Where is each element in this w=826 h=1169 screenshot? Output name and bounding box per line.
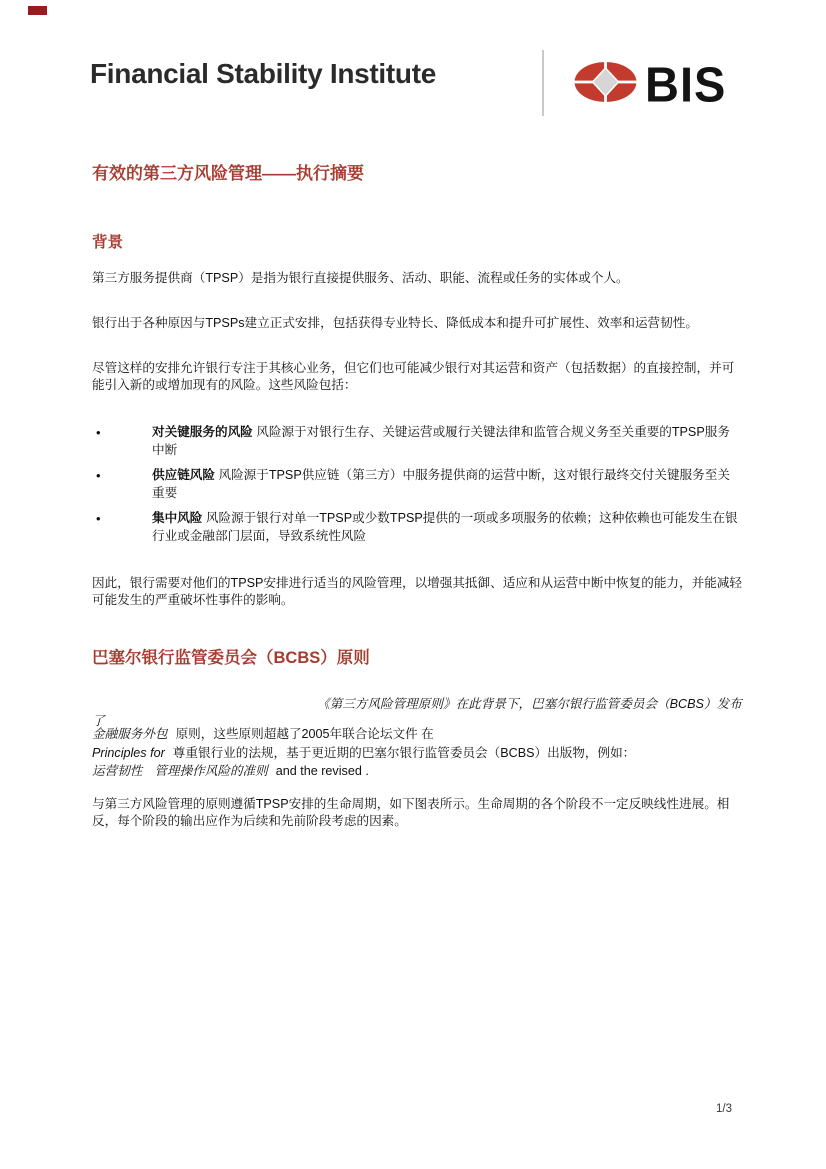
paragraph-tpsp-definition: 第三方服务提供商（TPSP）是指为银行直接提供服务、活动、职能、流程或任务的实体… [92,270,742,287]
bullet-concentration-risk: •集中风险 风险源于银行对单一TPSP或少数TPSP提供的一项或多项服务的依赖；… [92,510,742,545]
bcbs-line-1: 金融服务外包原则，这些原则超越了2005年联合论坛文件 在 [92,725,742,744]
bullet-term: 对关键服务的风险 [152,425,253,439]
paragraph-lifecycle: 与第三方风险管理的原则遵循TPSP安排的生命周期，如下图表所示。生命周期的各个阶… [92,796,742,830]
bullet-text: 风险源于银行对单一TPSP或少数TPSP提供的一项或多项服务的依赖；这种依赖也可… [152,511,738,543]
fsi-brand-title: Financial Stability Institute [90,58,436,90]
page-header: Financial Stability Institute BIS [0,50,826,120]
paragraph-risk-management-need: 因此，银行需要对他们的TPSP安排进行适当的风险管理，以增强其抵御、适应和从运营… [92,575,742,609]
bullet-critical-service-risk: •对关键服务的风险 风险源于对银行生存、关键运营或履行关键法律和监管合规义务至关… [92,424,742,459]
line1-text: 原则，这些原则超越了2005年联合论坛文件 在 [176,727,434,741]
bis-globe-icon [574,61,637,108]
header-divider [542,50,544,116]
page-number: 1/3 [716,1103,732,1115]
paragraph-risks-intro: 尽管这样的安排允许银行专注于其核心业务，但它们也可能减少银行对其运营和资产（包括… [92,360,742,394]
bullet-term: 供应链风险 [152,468,215,482]
line3-text: and the revised . [276,764,369,778]
italic-operational-risk-guidelines: 管理操作风险的准则 [154,764,267,778]
bcbs-line-3: 运营韧性管理操作风险的准则and the revised . [92,762,742,781]
document-title: 有效的第三方风险管理——执行摘要 [92,159,742,184]
italic-outsourcing: 金融服务外包 [92,727,168,741]
section-heading-bcbs: 巴塞尔银行监管委员会（BCBS）原则 [92,644,742,668]
corner-accent-mark [28,6,47,15]
italic-operational-resilience: 运营韧性 [92,764,142,778]
bcbs-line-2: Principles for尊重银行业的法规，基于更近期的巴塞尔银行监管委员会（… [92,744,742,763]
bullet-term: 集中风险 [152,511,202,525]
bullet-supply-chain-risk: •供应链风险 风险源于TPSP供应链（第三方）中服务提供商的运营中断，这对银行最… [92,467,742,502]
paragraph-arrangement-reasons: 银行出于各种原因与TPSPs建立正式安排，包括获得专业特长、降低成本和提升可扩展… [92,315,742,332]
bullet-text: 风险源于TPSP供应链（第三方）中服务提供商的运营中断，这对银行最终交付关键服务… [152,468,730,500]
bullet-marker: • [96,424,101,442]
bis-wordmark: BIS [645,60,726,109]
document-page: Financial Stability Institute BIS 有效的第三方… [0,0,826,1169]
bullet-marker: • [96,467,101,485]
paragraph-bcbs-publications: 金融服务外包原则，这些原则超越了2005年联合论坛文件 在 Principles… [92,725,742,781]
bis-logo: BIS [574,61,726,108]
line2-text: 尊重银行业的法规，基于更近期的巴塞尔银行监管委员会（BCBS）出版物，例如： [173,746,635,760]
italic-principles-for: Principles for [92,746,165,760]
bullet-marker: • [96,510,101,528]
section-heading-background: 背景 [92,230,742,252]
